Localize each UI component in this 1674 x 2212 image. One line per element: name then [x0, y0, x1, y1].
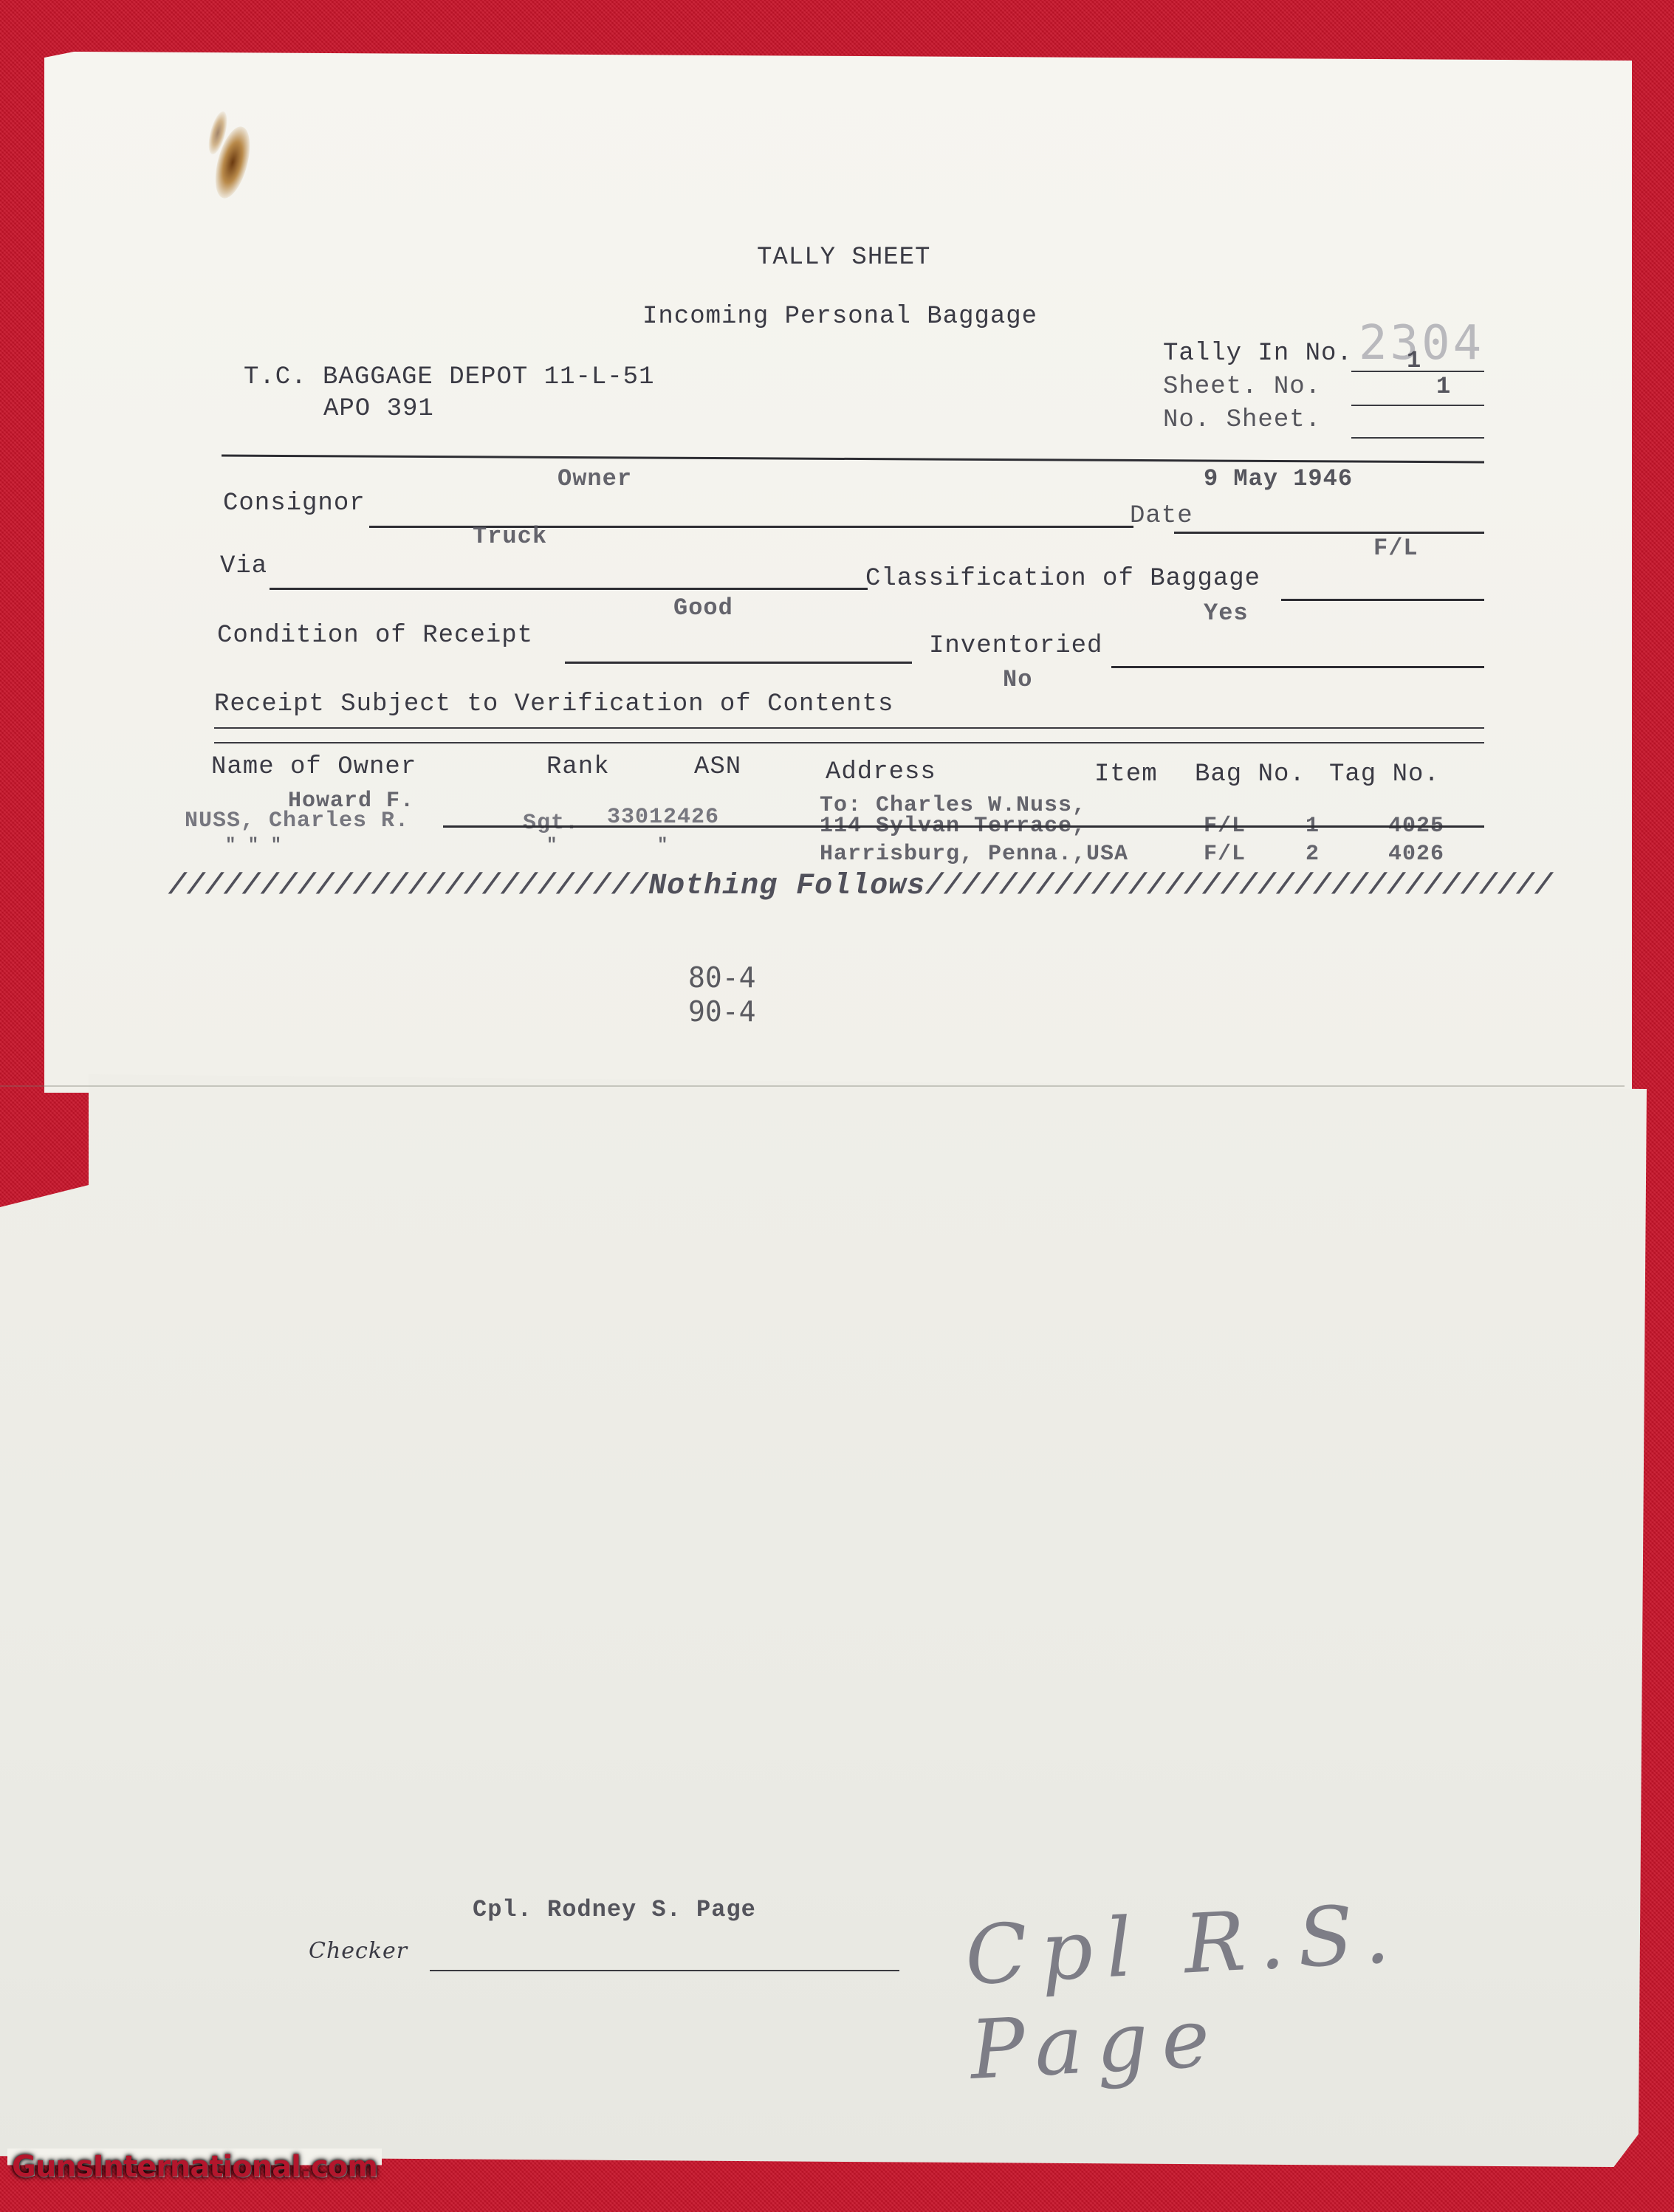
date-value: 9 May 1946: [1204, 465, 1353, 492]
tag-no-value: 4026: [1388, 842, 1444, 867]
inventoried-value: Yes: [1204, 600, 1249, 627]
bag-no-value: 2: [1306, 842, 1320, 867]
inventoried-label: Inventoried: [929, 632, 1102, 660]
col-header-asn: ASN: [694, 753, 741, 781]
verification-value: No: [1003, 666, 1032, 693]
nothing-follows-terminator: //////////////////////////Nothing Follow…: [168, 870, 1553, 903]
condition-label: Condition of Receipt: [217, 622, 533, 650]
owner-name-struck: NUSS, Charles R.: [185, 808, 409, 834]
tally-in-no-label: Tally In No.: [1163, 340, 1353, 368]
col-header-address: Address: [826, 758, 936, 786]
col-header-tag-no: Tag No.: [1329, 760, 1440, 789]
owner-rank-ditto: ": [546, 836, 558, 856]
checker-signature: Cpl R.S. Page: [963, 1872, 1674, 2098]
strike-through-line: [443, 825, 1484, 828]
checker-line: [430, 1970, 899, 1971]
classification-value: F/L: [1373, 535, 1419, 562]
tally-in-no-line: [1351, 371, 1484, 372]
note-line-2: 90-4: [688, 995, 756, 1028]
checker-typed-name: Cpl. Rodney S. Page: [473, 1896, 756, 1923]
note-line-1: 80-4: [688, 961, 756, 994]
sheet-no-label: Sheet. No.: [1163, 373, 1321, 401]
sheet-no-value: 1: [1436, 373, 1451, 400]
document-subtitle: Incoming Personal Baggage: [642, 303, 1037, 331]
date-label: Date: [1130, 502, 1193, 530]
document-sheet-top: [44, 52, 1632, 1093]
condition-value: Good: [673, 594, 733, 622]
via-value: Truck: [473, 523, 547, 550]
verification-label: Receipt Subject to Verification of Conte…: [214, 690, 893, 718]
no-sheet-label: No. Sheet.: [1163, 406, 1321, 434]
depot-name: T.C. BAGGAGE DEPOT 11-L-51: [244, 363, 655, 391]
fold-crease: [0, 1085, 1625, 1087]
via-line: [270, 588, 868, 590]
owner-rank: Sgt.: [523, 811, 579, 836]
col-header-rank: Rank: [546, 753, 610, 781]
verification-line-1: [214, 727, 1484, 729]
apo-number: APO 391: [323, 395, 434, 423]
watermark-logo: GunsInternational.com: [7, 2149, 382, 2185]
inventoried-line: [1111, 666, 1484, 668]
classification-label: Classification of Baggage: [865, 565, 1260, 593]
owner-asn-ditto: ": [657, 836, 668, 856]
document-title: TALLY SHEET: [757, 244, 930, 272]
sheet-no-line: [1351, 405, 1484, 406]
col-header-item: Item: [1094, 760, 1158, 789]
consignor-label: Consignor: [223, 490, 366, 518]
col-header-name: Name of Owner: [211, 753, 416, 781]
date-line: [1174, 532, 1484, 534]
checker-label: Checker: [309, 1938, 408, 1964]
owner-name-ditto: " " ": [225, 836, 282, 856]
consignor-value: Owner: [558, 465, 632, 492]
item-value: F/L: [1204, 842, 1246, 867]
condition-line: [565, 662, 912, 664]
col-header-bag-no: Bag No.: [1195, 760, 1306, 789]
classification-line: [1281, 599, 1484, 601]
no-sheet-line: [1351, 437, 1484, 439]
verification-line-2: [214, 742, 1484, 743]
via-label: Via: [220, 552, 267, 580]
address-line-3: Harrisburg, Penna.,USA: [820, 842, 1128, 867]
